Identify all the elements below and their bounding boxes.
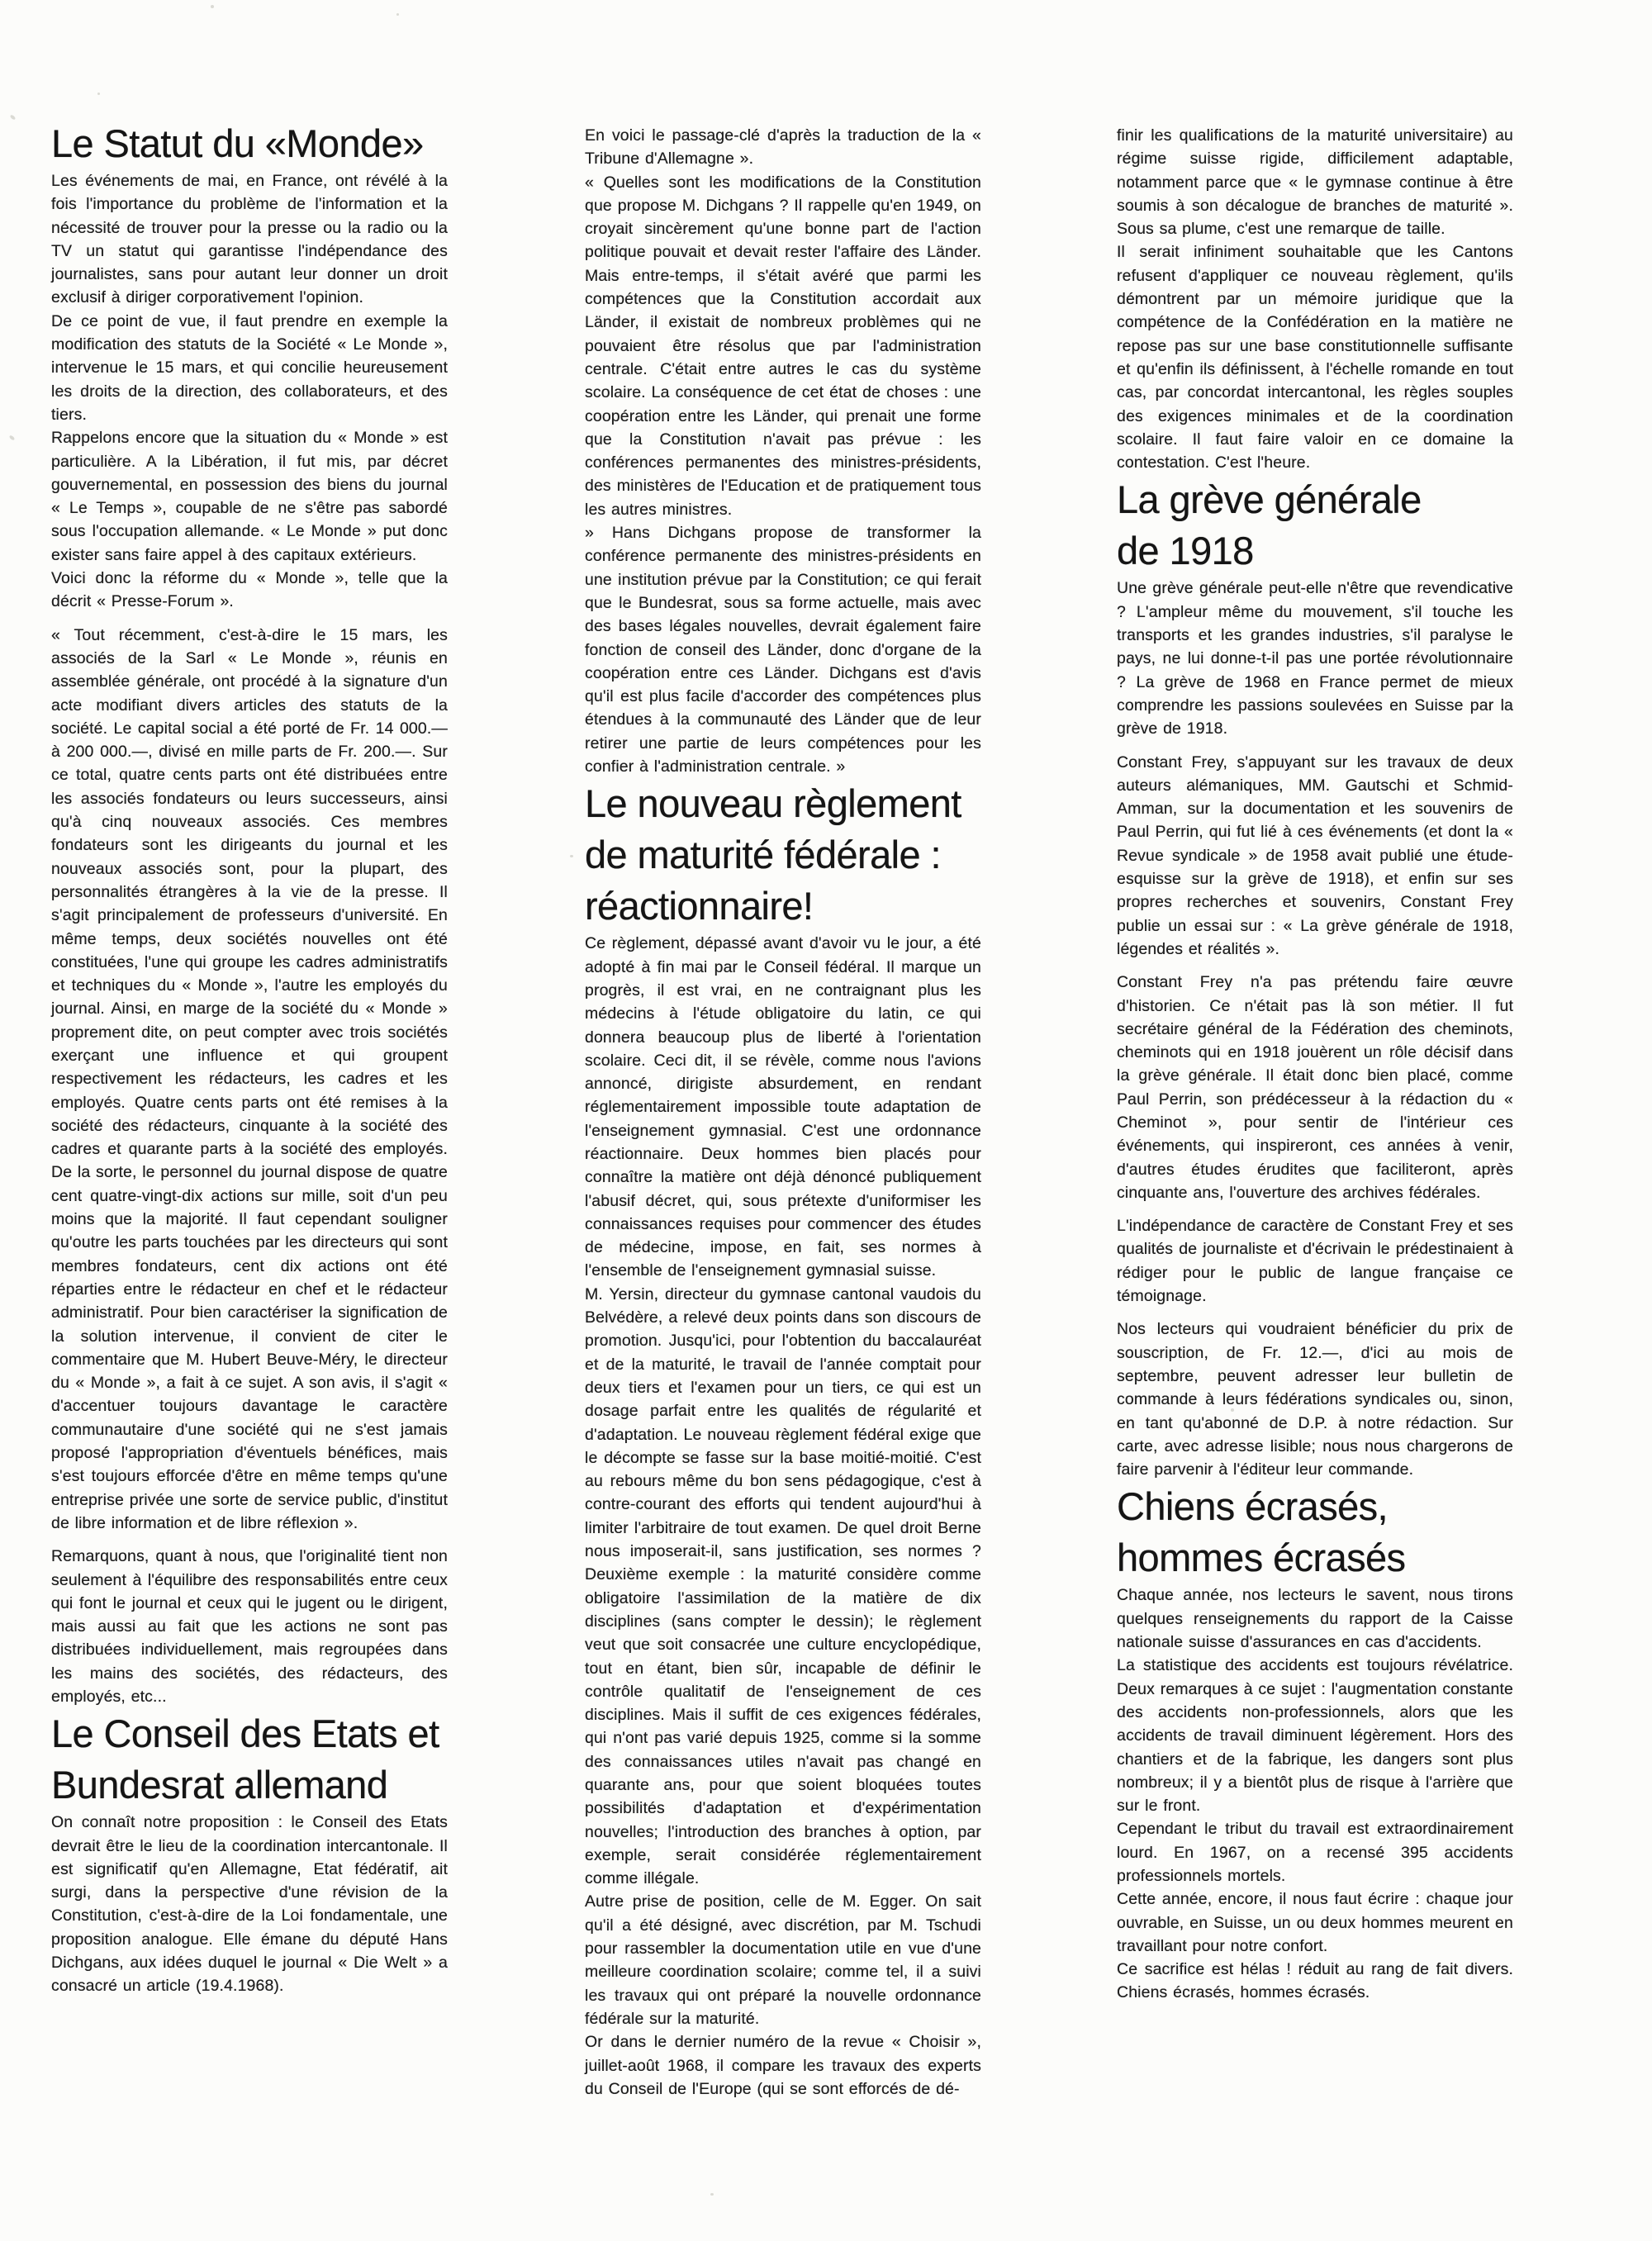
paragraph: Rappelons encore que la situation du « M… [51,426,448,567]
article-title: Le nouveau règlementde maturité fédérale… [585,778,981,932]
article-title-line: Chiens écrasés, [1117,1481,1513,1532]
article-title-line: Le Statut du «Monde» [51,118,448,169]
paragraph: Il serait infiniment souhaitable que les… [1117,240,1513,474]
article-title-line: La grève générale [1117,474,1513,525]
paragraph: Constant Frey, s'appuyant sur les travau… [1117,751,1513,961]
paragraph: Cependant le tribut du travail est extra… [1117,1817,1513,1887]
scan-speck [97,93,100,95]
paragraph: Les événements de mai, en France, ont ré… [51,169,448,310]
paragraph: Remarquons, quant à nous, que l'original… [51,1545,448,1708]
article-title: Le Conseil des Etats etBundesrat alleman… [51,1708,448,1811]
paragraph: » Hans Dichgans propose de transformer l… [585,521,981,778]
article-title: Chiens écrasés,hommes écrasés [1117,1481,1513,1583]
paragraph: Nos lecteurs qui voudraient bénéficier d… [1117,1318,1513,1481]
article-title-line: Bundesrat allemand [51,1759,448,1811]
scan-speck [396,13,399,16]
paragraph: L'indépendance de caractère de Constant … [1117,1214,1513,1308]
paragraph: Cette année, encore, il nous faut écrire… [1117,1887,1513,1958]
article-title: Le Statut du «Monde» [51,118,448,169]
paragraph: De ce point de vue, il faut prendre en e… [51,310,448,426]
newspaper-page: Le Statut du «Monde»Les événements de ma… [0,0,1652,2241]
article-title-line: Le Conseil des Etats et [51,1708,448,1759]
article-title-line: Le nouveau règlement [585,778,981,829]
scan-speck [211,5,214,8]
column-1: Le Statut du «Monde»Les événements de ma… [51,118,448,1998]
paragraph: « Tout récemment, c'est-à-dire le 15 mar… [51,624,448,1536]
paragraph: On connaît notre proposition : le Consei… [51,1811,448,1997]
paragraph: Ce règlement, dépassé avant d'avoir vu l… [585,932,981,1282]
paragraph: Une grève générale peut-elle n'être que … [1117,577,1513,740]
paragraph: En voici le passage-clé d'après la tradu… [585,124,981,171]
paragraph: Autre prise de position, celle de M. Egg… [585,1890,981,2030]
scan-speck [10,114,17,121]
article-title-line: de 1918 [1117,525,1513,577]
column-2: En voici le passage-clé d'après la tradu… [585,124,981,2101]
paragraph: Or dans le dernier numéro de la revue « … [585,2030,981,2101]
paragraph: La statistique des accidents est toujour… [1117,1654,1513,1817]
scan-speck [710,2193,714,2196]
scan-speck [9,434,16,441]
paragraph: Constant Frey n'a pas prétendu faire œuv… [1117,971,1513,1204]
article-title-line: réactionnaire! [585,881,981,932]
paragraph: Voici donc la réforme du « Monde », tell… [51,567,448,614]
paragraph: Ce sacrifice est hélas ! réduit au rang … [1117,1958,1513,2005]
paragraph: « Quelles sont les modifications de la C… [585,171,981,521]
paragraph: M. Yersin, directeur du gymnase cantonal… [585,1283,981,1891]
paragraph: finir les qualifications de la maturité … [1117,124,1513,240]
article-title-line: hommes écrasés [1117,1532,1513,1583]
column-3: finir les qualifications de la maturité … [1117,124,1513,2005]
paragraph: Chaque année, nos lecteurs le savent, no… [1117,1583,1513,1654]
scan-speck [570,855,573,857]
article-title-line: de maturité fédérale : [585,829,981,881]
article-title: La grève généralede 1918 [1117,474,1513,577]
